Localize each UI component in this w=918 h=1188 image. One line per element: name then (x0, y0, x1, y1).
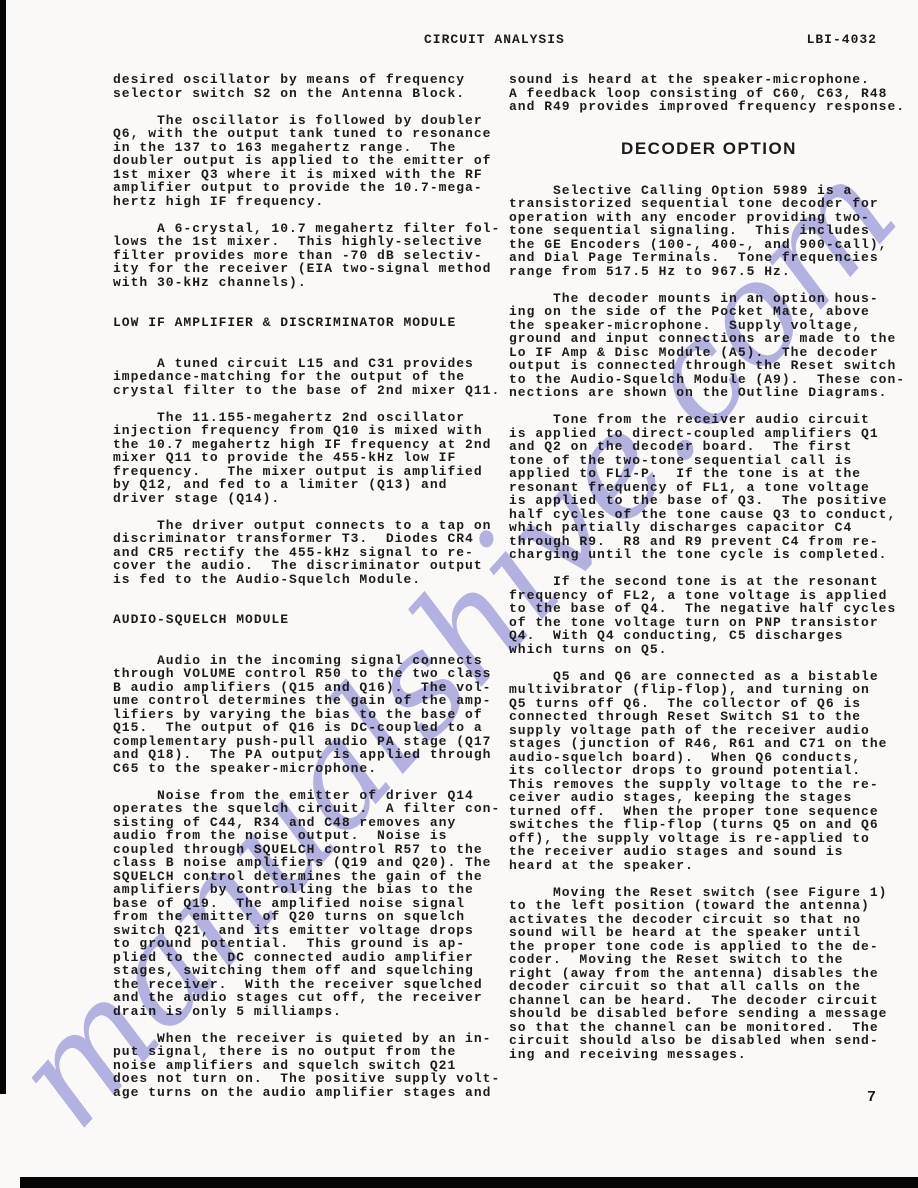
section-heading-low-if-amplifier: LOW IF AMPLIFIER & DISCRIMINATOR MODULE (113, 316, 505, 330)
left-column: desired oscillator by means of frequency… (113, 73, 505, 1113)
document-page: manualshive.com CIRCUIT ANALYSIS LBI-403… (0, 0, 918, 1188)
document-number: LBI-4032 (807, 32, 877, 47)
paragraph: A 6-crystal, 10.7 megahertz filter fol- … (113, 222, 505, 290)
paragraph: Audio in the incoming signal connects th… (113, 654, 505, 776)
scan-edge-left (0, 0, 6, 1094)
section-heading-audio-squelch: AUDIO-SQUELCH MODULE (113, 613, 505, 627)
paragraph: If the second tone is at the resonant fr… (509, 575, 909, 656)
paragraph: When the receiver is quieted by an in- p… (113, 1032, 505, 1100)
paragraph: Selective Calling Option 5989 is a trans… (509, 184, 909, 279)
section-heading-decoder-option: DECODER OPTION (509, 140, 909, 158)
paragraph: Tone from the receiver audio circuit is … (509, 413, 909, 562)
paragraph: Moving the Reset switch (see Figure 1) t… (509, 886, 909, 1062)
right-column: sound is heard at the speaker-microphone… (509, 73, 909, 1075)
paragraph: The oscillator is followed by doubler Q6… (113, 114, 505, 209)
paragraph: The decoder mounts in an option hous- in… (509, 292, 909, 400)
paragraph: A tuned circuit L15 and C31 provides imp… (113, 357, 505, 398)
paragraph: sound is heard at the speaker-microphone… (509, 73, 909, 114)
paragraph: Noise from the emitter of driver Q14 ope… (113, 789, 505, 1019)
scan-edge-bottom (20, 1177, 918, 1188)
paragraph: Q5 and Q6 are connected as a bistable mu… (509, 670, 909, 873)
paragraph: The driver output connects to a tap on d… (113, 519, 505, 587)
paragraph: The 11.155-megahertz 2nd oscillator inje… (113, 411, 505, 506)
page-number: 7 (867, 1089, 876, 1106)
page-header-title: CIRCUIT ANALYSIS (424, 32, 565, 47)
paragraph: desired oscillator by means of frequency… (113, 73, 505, 100)
